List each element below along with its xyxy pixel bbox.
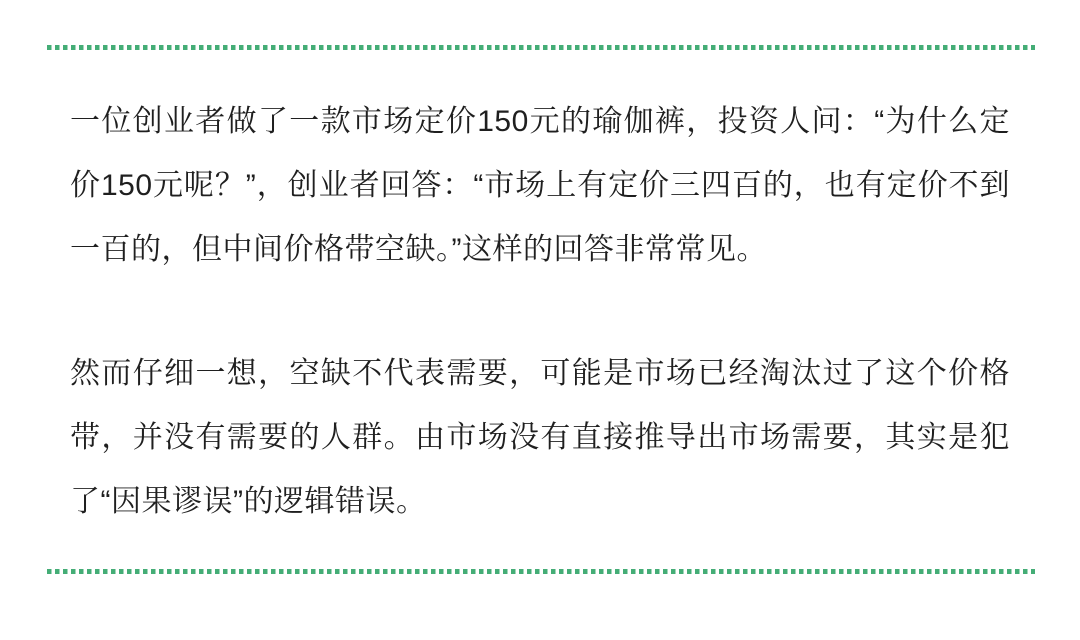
paragraph-2: 然而仔细一想，空缺不代表需要，可能是市场已经淘汰过了这个价格带，并没有需要的人群… — [70, 342, 1010, 534]
dotted-divider-bottom — [47, 569, 1035, 574]
article-body: 一位创业者做了一款市场定价150元的瑜伽裤，投资人问：“为什么定价150元呢？”… — [70, 90, 1010, 534]
paragraph-1: 一位创业者做了一款市场定价150元的瑜伽裤，投资人问：“为什么定价150元呢？”… — [70, 90, 1010, 282]
dotted-divider-top — [47, 45, 1035, 50]
article-page: 一位创业者做了一款市场定价150元的瑜伽裤，投资人问：“为什么定价150元呢？”… — [0, 0, 1080, 640]
